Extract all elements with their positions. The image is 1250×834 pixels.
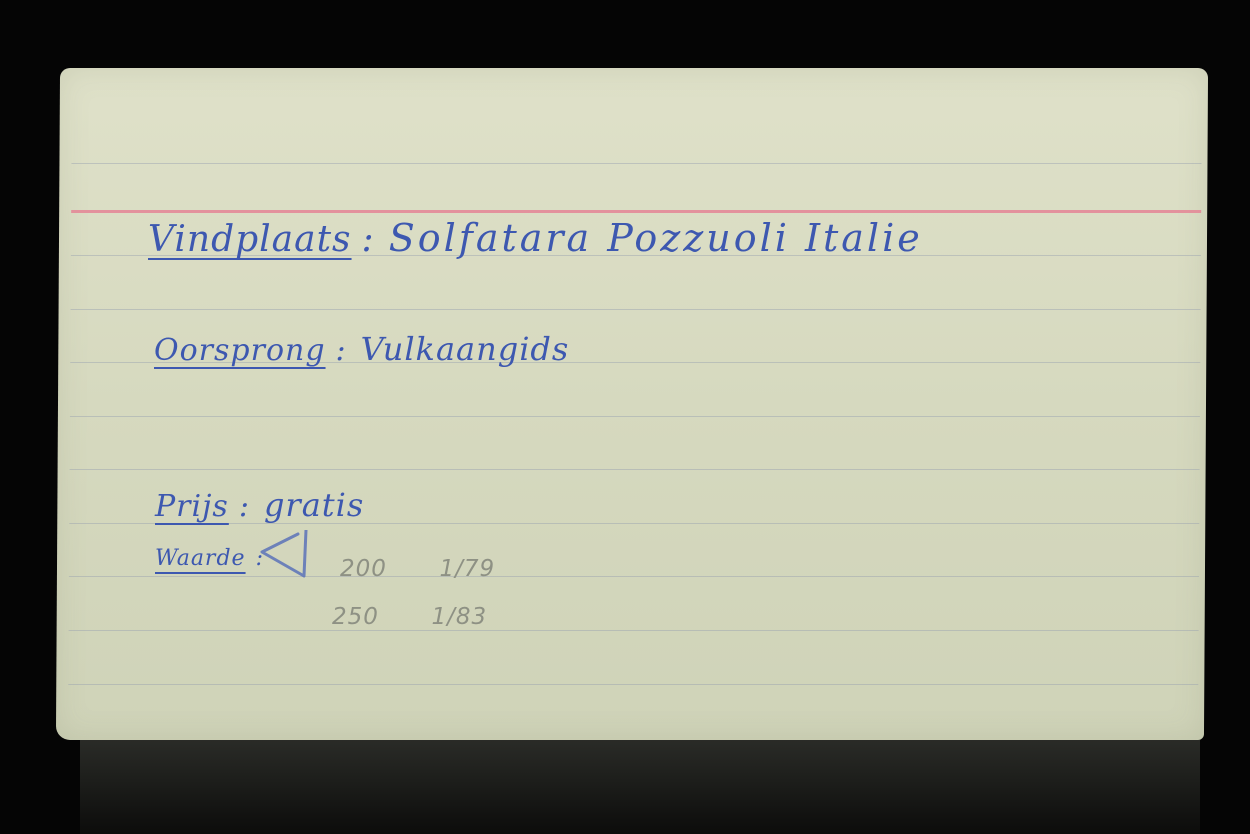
field-label: Vindplaats bbox=[148, 219, 352, 260]
field-value: Vulkaangids bbox=[361, 330, 570, 368]
field-label: Prijs bbox=[155, 489, 229, 524]
ruled-line bbox=[70, 469, 1200, 470]
ruled-line bbox=[69, 576, 1199, 577]
table-reflection bbox=[80, 740, 1200, 834]
field-separator: : bbox=[336, 333, 347, 368]
pencil-amount: 200 bbox=[340, 556, 387, 582]
ruled-line bbox=[71, 309, 1201, 310]
ruled-line bbox=[70, 416, 1200, 417]
pencil-note: 200 1/79 bbox=[340, 556, 495, 582]
field-label: Waarde bbox=[155, 546, 246, 571]
pencil-note: 250 1/83 bbox=[332, 604, 487, 630]
field-value: gratis bbox=[264, 486, 364, 524]
field-oorsprong: Oorsprong:Vulkaangids bbox=[154, 330, 569, 368]
ruled-line bbox=[71, 163, 1201, 164]
field-label: Oorsprong bbox=[154, 333, 326, 368]
ruled-line bbox=[69, 630, 1199, 631]
field-value: Solfatara Pozzuoli Italie bbox=[389, 216, 923, 260]
checkmark-icon bbox=[258, 530, 312, 580]
field-vindplaats: Vindplaats:Solfatara Pozzuoli Italie bbox=[148, 216, 923, 260]
pencil-date: 1/83 bbox=[432, 604, 488, 630]
field-separator: : bbox=[362, 219, 375, 260]
pencil-amount: 250 bbox=[332, 604, 379, 630]
pencil-date: 1/79 bbox=[440, 556, 496, 582]
field-separator: : bbox=[239, 489, 250, 524]
header-rule-pink bbox=[71, 210, 1201, 213]
index-card bbox=[56, 68, 1208, 740]
field-prijs: Prijs:gratis bbox=[155, 486, 364, 524]
ruled-line bbox=[68, 684, 1198, 685]
